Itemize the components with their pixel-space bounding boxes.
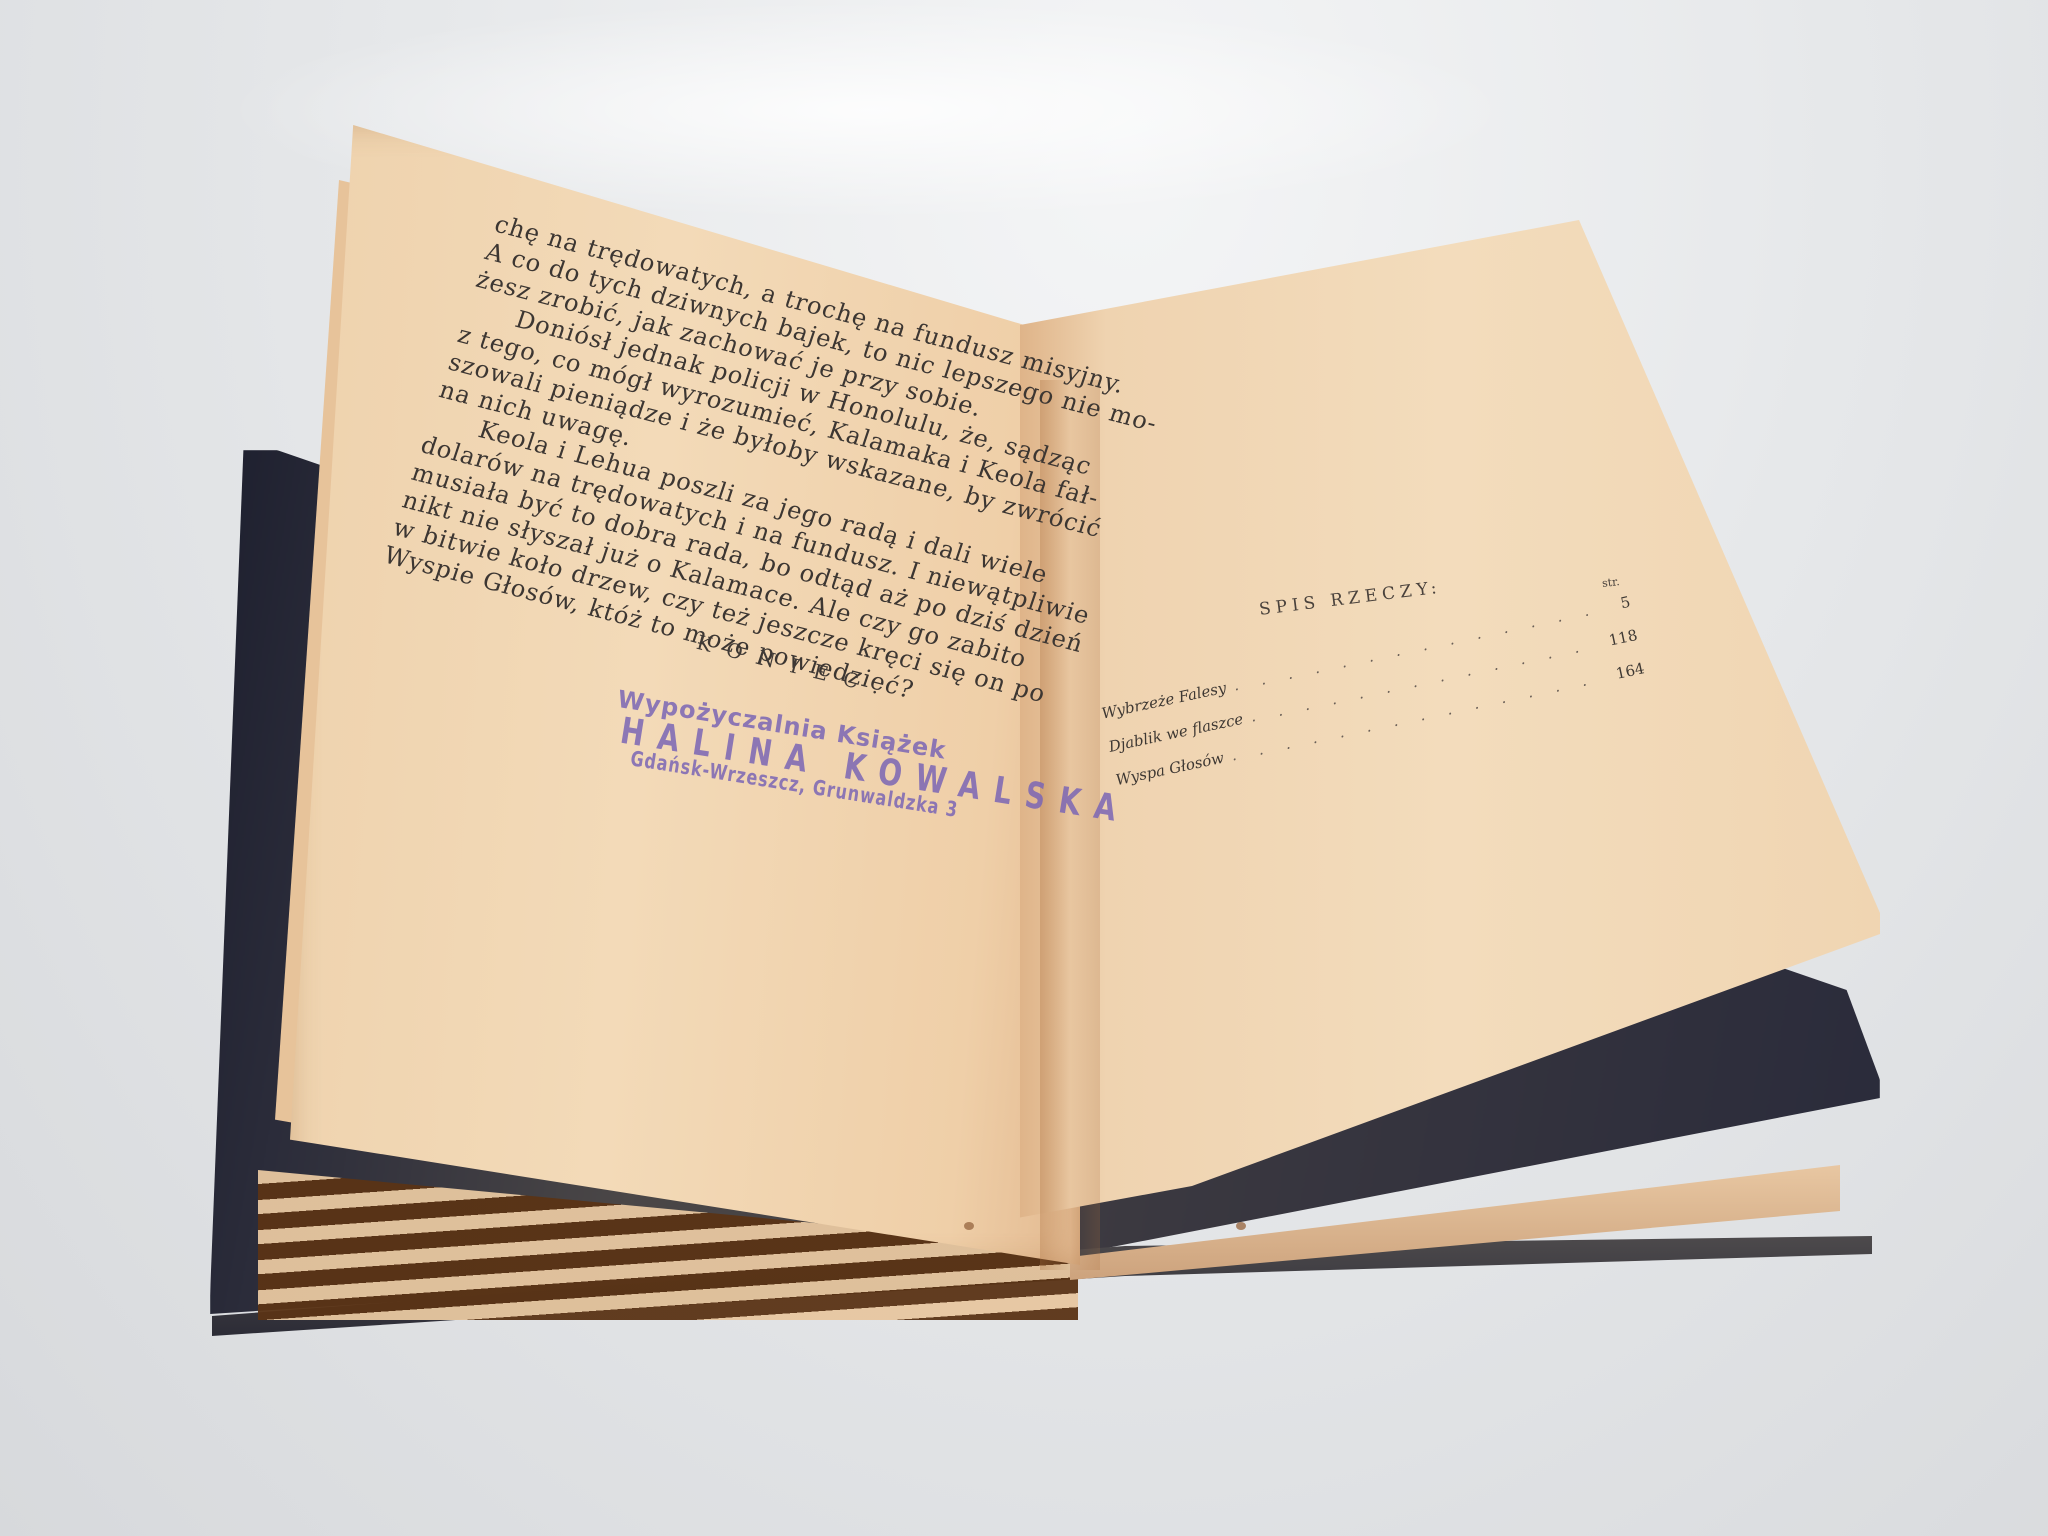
photo-scene: chę na trędowatych, a trochę na fundusz … [0,0,2048,1536]
foxing-spot [964,1222,974,1230]
foxing-spot [1236,1222,1246,1230]
toc-page-label: str. [1601,575,1620,590]
